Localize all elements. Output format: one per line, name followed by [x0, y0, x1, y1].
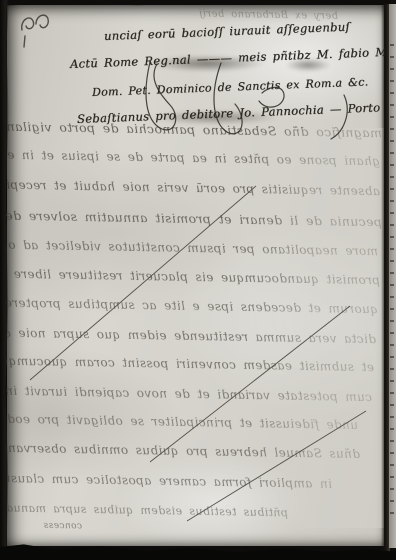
bleedthrough-line: pecunia de li denari et promisit annuati…	[6, 208, 382, 230]
bleedthrough-line: quorum et decedens ipse e lite ac sumpti…	[2, 296, 378, 317]
adjacent-page-ink-specks	[390, 44, 394, 514]
bleedthrough-line: absente requisitis pro eorū veris noie h…	[4, 178, 380, 199]
bleedthrough-line: magnifico dño Sebastiano pannochia de po…	[4, 119, 382, 141]
bleedthrough-line: cum potestate variandi et de novo capien…	[6, 384, 372, 404]
bleedthrough-line: concess	[22, 520, 82, 531]
bleedthrough-line: pñtibus testibus eisdem quibus supra man…	[8, 502, 288, 520]
manuscript-scan: bery ex Barbarano berij magnifico dño Se…	[0, 0, 396, 560]
bleedthrough-line: unde fideiussit et principaliter se obli…	[8, 412, 358, 432]
bleedthrough-line: bery ex Barbarano berij	[108, 7, 338, 22]
bleedthrough-line: ghani psone eo pñtes in ea parte de se i…	[0, 148, 380, 169]
bleedthrough-line: more neapolitano per ipsum constitutos v…	[4, 238, 378, 259]
bleedthrough-line: et submisit easdem conveniri possint cor…	[2, 354, 374, 374]
bleedthrough-line: dñus Samuel hebreus pro quibus omnibus o…	[4, 441, 360, 461]
adjacent-page-edge	[389, 4, 396, 548]
bleedthrough-line: promisit quandocumque eis placuerit rest…	[6, 267, 380, 288]
bleedthrough-line: dicta vera summa restituende eidem quo s…	[6, 326, 376, 346]
bleedthrough-line: in ampliori forma camere apostolice cum …	[2, 471, 332, 491]
